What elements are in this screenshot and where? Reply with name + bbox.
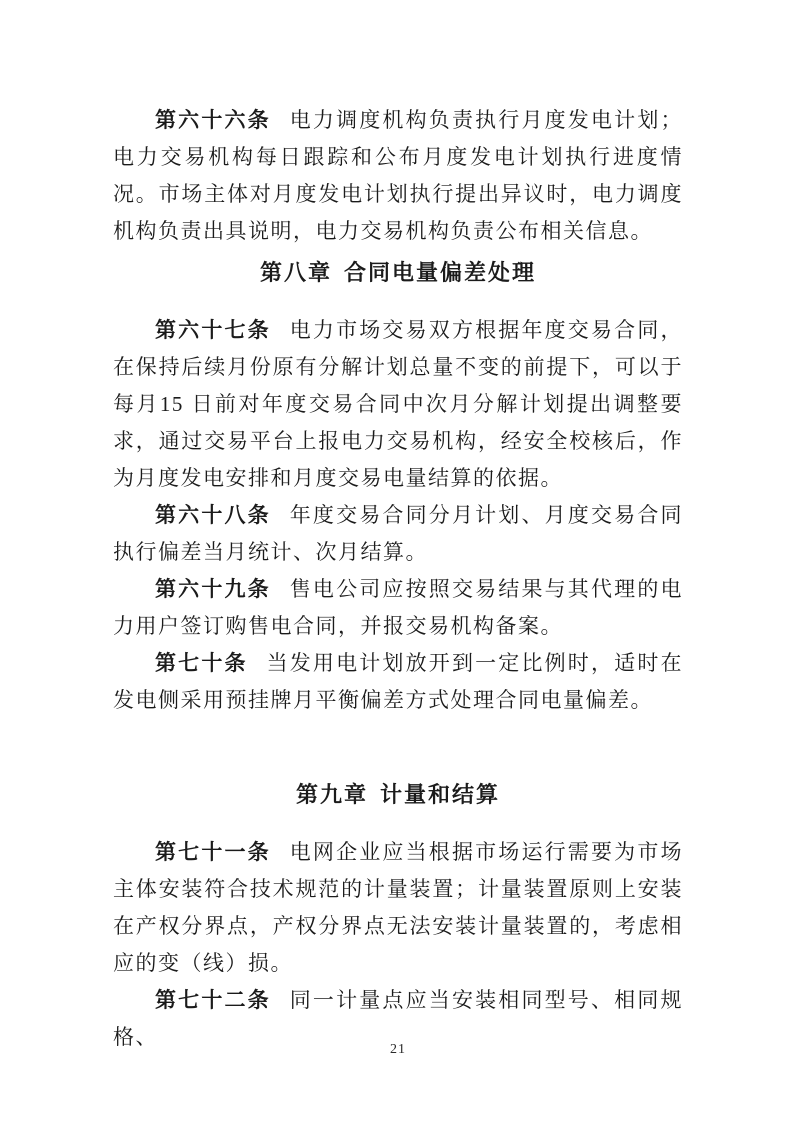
paragraph-article-66: 第六十六条电力调度机构负责执行月度发电计划；电力交易机构每日跟踪和公布月度发电计… (113, 102, 683, 250)
chapter-8-title: 合同电量偏差处理 (344, 260, 536, 285)
article-66-number: 第六十六条 (155, 108, 271, 132)
chapter-8-heading: 第八章合同电量偏差处理 (113, 254, 683, 291)
article-67-number: 第六十七条 (155, 318, 271, 342)
page-number: 21 (0, 1042, 796, 1058)
document-page: 第六十六条电力调度机构负责执行月度发电计划；电力交易机构每日跟踪和公布月度发电计… (0, 0, 796, 1123)
chapter-9-number: 第九章 (296, 782, 368, 807)
article-69-number: 第六十九条 (155, 577, 271, 601)
paragraph-article-68: 第六十八条年度交易合同分月计划、月度交易合同执行偏差当月统计、次月结算。 (113, 497, 683, 571)
article-71-number: 第七十一条 (155, 840, 271, 864)
chapter-8-number: 第八章 (260, 260, 332, 285)
article-72-number: 第七十二条 (155, 988, 271, 1012)
paragraph-article-70: 第七十条当发用电计划放开到一定比例时，适时在发电侧采用预挂牌月平衡偏差方式处理合… (113, 645, 683, 719)
paragraph-article-69: 第六十九条售电公司应按照交易结果与其代理的电力用户签订购售电合同，并报交易机构备… (113, 571, 683, 645)
paragraph-article-67: 第六十七条电力市场交易双方根据年度交易合同，在保持后续月份原有分解计划总量不变的… (113, 312, 683, 497)
chapter-9-title: 计量和结算 (380, 782, 500, 807)
chapter-9-heading: 第九章计量和结算 (113, 776, 683, 813)
paragraph-article-71: 第七十一条电网企业应当根据市场运行需要为市场主体安装符合技术规范的计量装置；计量… (113, 834, 683, 982)
article-68-number: 第六十八条 (155, 503, 271, 527)
document-content: 第六十六条电力调度机构负责执行月度发电计划；电力交易机构每日跟踪和公布月度发电计… (113, 102, 683, 1056)
article-67-text: 电力市场交易双方根据年度交易合同，在保持后续月份原有分解计划总量不变的前提下，可… (113, 318, 683, 490)
article-70-number: 第七十条 (155, 651, 248, 675)
